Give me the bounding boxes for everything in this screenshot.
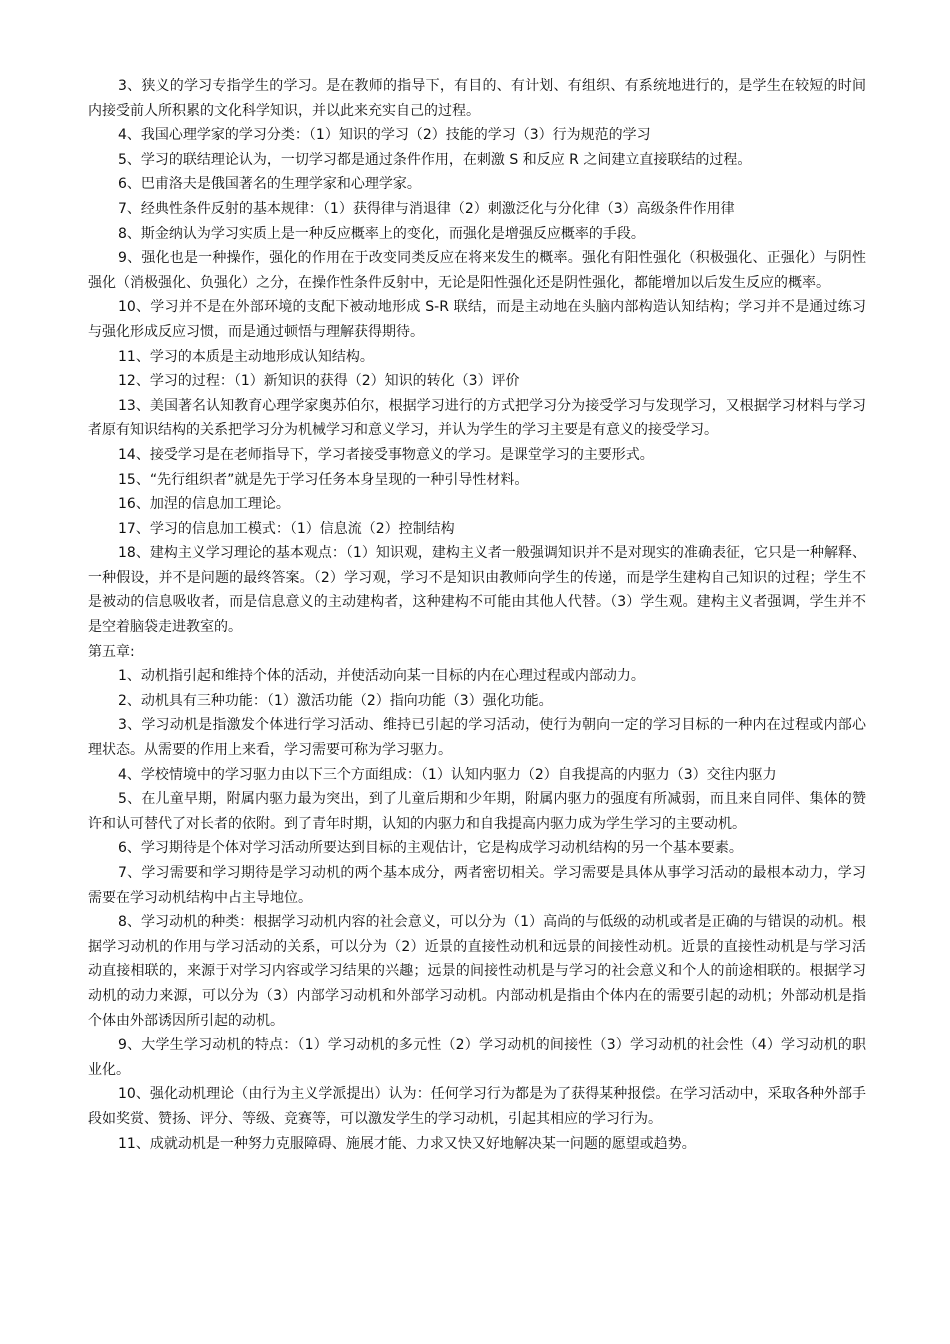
paragraph-item-9: 9、强化也是一种操作，强化的作用在于改变同类反应在将来发生的概率。强化有阳性强化… [88,246,866,295]
chapter5-item-4: 4、学校情境中的学习驱力由以下三个方面组成：（1）认知内驱力（2）自我提高的内驱… [88,763,866,788]
paragraph-item-13: 13、美国著名认知教育心理学家奥苏伯尔，根据学习进行的方式把学习分为接受学习与发… [88,394,866,443]
chapter5-item-11: 11、成就动机是一种努力克服障碍、施展才能、力求又快又好地解决某一问题的愿望或趋… [88,1132,866,1157]
paragraph-item-4: 4、我国心理学家的学习分类：（1）知识的学习（2）技能的学习（3）行为规范的学习 [88,123,866,148]
chapter5-item-2: 2、动机具有三种功能：（1）激活功能（2）指向功能（3）强化功能。 [88,689,866,714]
chapter5-item-5: 5、在儿童早期，附属内驱力最为突出，到了儿童后期和少年期，附属内驱力的强度有所减… [88,787,866,836]
paragraph-item-16: 16、加涅的信息加工理论。 [88,492,866,517]
chapter-heading: 第五章: [88,640,866,665]
document-page: 3、狭义的学习专指学生的学习。是在教师的指导下，有目的、有计划、有组织、有系统地… [88,74,866,1156]
chapter5-item-6: 6、学习期待是个体对学习活动所要达到目标的主观估计，它是构成学习动机结构的另一个… [88,836,866,861]
paragraph-item-10: 10、学习并不是在外部环境的支配下被动地形成 S-R 联结，而是主动地在头脑内部… [88,295,866,344]
paragraph-item-17: 17、学习的信息加工模式：（1）信息流（2）控制结构 [88,517,866,542]
chapter5-item-3: 3、学习动机是指激发个体进行学习活动、维持已引起的学习活动，使行为朝向一定的学习… [88,713,866,762]
paragraph-item-14: 14、接受学习是在老师指导下，学习者接受事物意义的学习。是课堂学习的主要形式。 [88,443,866,468]
paragraph-item-8: 8、斯金纳认为学习实质上是一种反应概率上的变化，而强化是增强反应概率的手段。 [88,222,866,247]
paragraph-item-11: 11、学习的本质是主动地形成认知结构。 [88,345,866,370]
paragraph-item-3: 3、狭义的学习专指学生的学习。是在教师的指导下，有目的、有计划、有组织、有系统地… [88,74,866,123]
paragraph-item-15: 15、“先行组织者”就是先于学习任务本身呈现的一种引导性材料。 [88,468,866,493]
paragraph-item-6: 6、巴甫洛夫是俄国著名的生理学家和心理学家。 [88,172,866,197]
paragraph-item-7: 7、经典性条件反射的基本规律：（1）获得律与消退律（2）刺激泛化与分化律（3）高… [88,197,866,222]
chapter5-item-8: 8、学习动机的种类：根据学习动机内容的社会意义，可以分为（1）高尚的与低级的动机… [88,910,866,1033]
chapter5-item-10: 10、强化动机理论（由行为主义学派提出）认为：任何学习行为都是为了获得某种报偿。… [88,1082,866,1131]
paragraph-item-5: 5、学习的联结理论认为，一切学习都是通过条件作用，在刺激 S 和反应 R 之间建… [88,148,866,173]
paragraph-item-12: 12、学习的过程：（1）新知识的获得（2）知识的转化（3）评价 [88,369,866,394]
chapter5-item-1: 1、动机指引起和维持个体的活动，并使活动向某一目标的内在心理过程或内部动力。 [88,664,866,689]
chapter5-item-7: 7、学习需要和学习期待是学习动机的两个基本成分，两者密切相关。学习需要是具体从事… [88,861,866,910]
chapter5-item-9: 9、大学生学习动机的特点：（1）学习动机的多元性（2）学习动机的间接性（3）学习… [88,1033,866,1082]
paragraph-item-18: 18、建构主义学习理论的基本观点：（1）知识观，建构主义者一般强调知识并不是对现… [88,541,866,639]
